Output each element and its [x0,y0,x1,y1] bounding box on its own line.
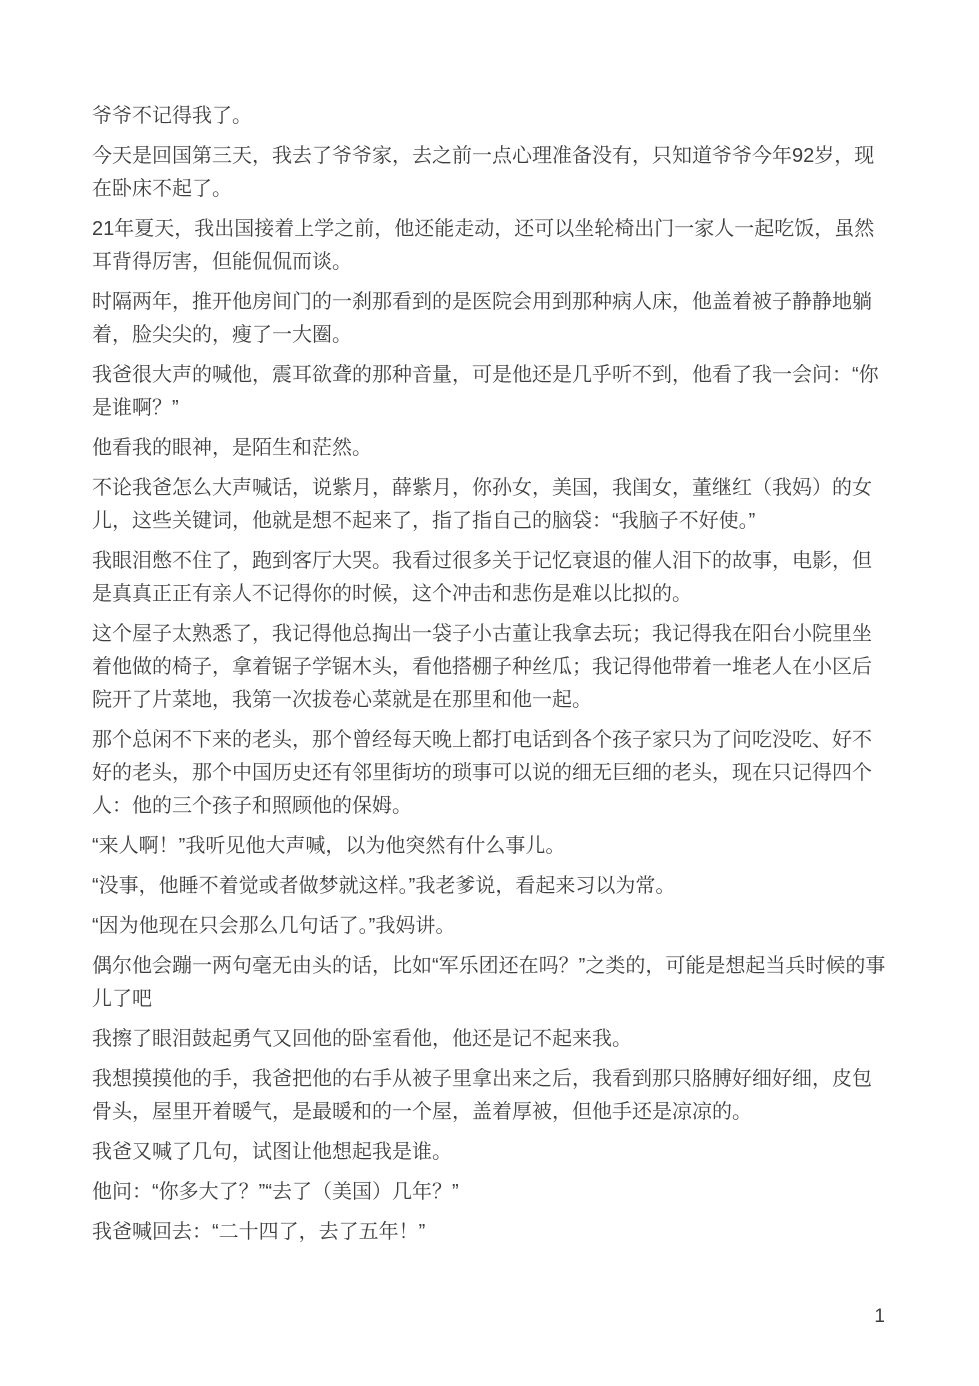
paragraph: 我爸喊回去：“二十四了，去了五年！” [92,1216,887,1249]
paragraph: 时隔两年，推开他房间门的一刹那看到的是医院会用到那种病人床，他盖着被子静静地躺着… [92,286,887,352]
page-number: 1 [874,1303,885,1331]
paragraph: “因为他现在只会那么几句话了。”我妈讲。 [92,910,887,943]
paragraph: “来人啊！”我听见他大声喊，以为他突然有什么事儿。 [92,830,887,863]
paragraph: 他问：“你多大了？”“去了（美国）几年？” [92,1176,887,1209]
paragraph: 爷爷不记得我了。 [92,100,887,133]
paragraph: 我爸很大声的喊他，震耳欲聋的那种音量，可是他还是几乎听不到，他看了我一会问：“你… [92,359,887,425]
paragraph: 我爸又喊了几句，试图让他想起我是谁。 [92,1136,887,1169]
paragraph: 我想摸摸他的手，我爸把他的右手从被子里拿出来之后，我看到那只胳膊好细好细，皮包骨… [92,1063,887,1129]
paragraph: 我眼泪憋不住了，跑到客厅大哭。我看过很多关于记忆衰退的催人泪下的故事，电影，但是… [92,545,887,611]
paragraph: “没事，他睡不着觉或者做梦就这样。”我老爹说，看起来习以为常。 [92,870,887,903]
document-body: 爷爷不记得我了。 今天是回国第三天，我去了爷爷家，去之前一点心理准备没有，只知道… [92,100,887,1256]
paragraph: 今天是回国第三天，我去了爷爷家，去之前一点心理准备没有，只知道爷爷今年92岁，现… [92,140,887,206]
document-page: 爷爷不记得我了。 今天是回国第三天，我去了爷爷家，去之前一点心理准备没有，只知道… [0,0,979,1386]
paragraph: 这个屋子太熟悉了，我记得他总掏出一袋子小古董让我拿去玩；我记得我在阳台小院里坐着… [92,618,887,717]
paragraph: 那个总闲不下来的老头，那个曾经每天晚上都打电话到各个孩子家只为了问吃没吃、好不好… [92,724,887,823]
paragraph: 他看我的眼神，是陌生和茫然。 [92,432,887,465]
paragraph: 我擦了眼泪鼓起勇气又回他的卧室看他，他还是记不起来我。 [92,1023,887,1056]
paragraph: 偶尔他会蹦一两句毫无由头的话，比如“军乐团还在吗？”之类的，可能是想起当兵时候的… [92,950,887,1016]
paragraph: 不论我爸怎么大声喊话，说紫月，薛紫月，你孙女，美国，我闺女，董继红（我妈）的女儿… [92,472,887,538]
paragraph: 21年夏天，我出国接着上学之前，他还能走动，还可以坐轮椅出门一家人一起吃饭，虽然… [92,213,887,279]
